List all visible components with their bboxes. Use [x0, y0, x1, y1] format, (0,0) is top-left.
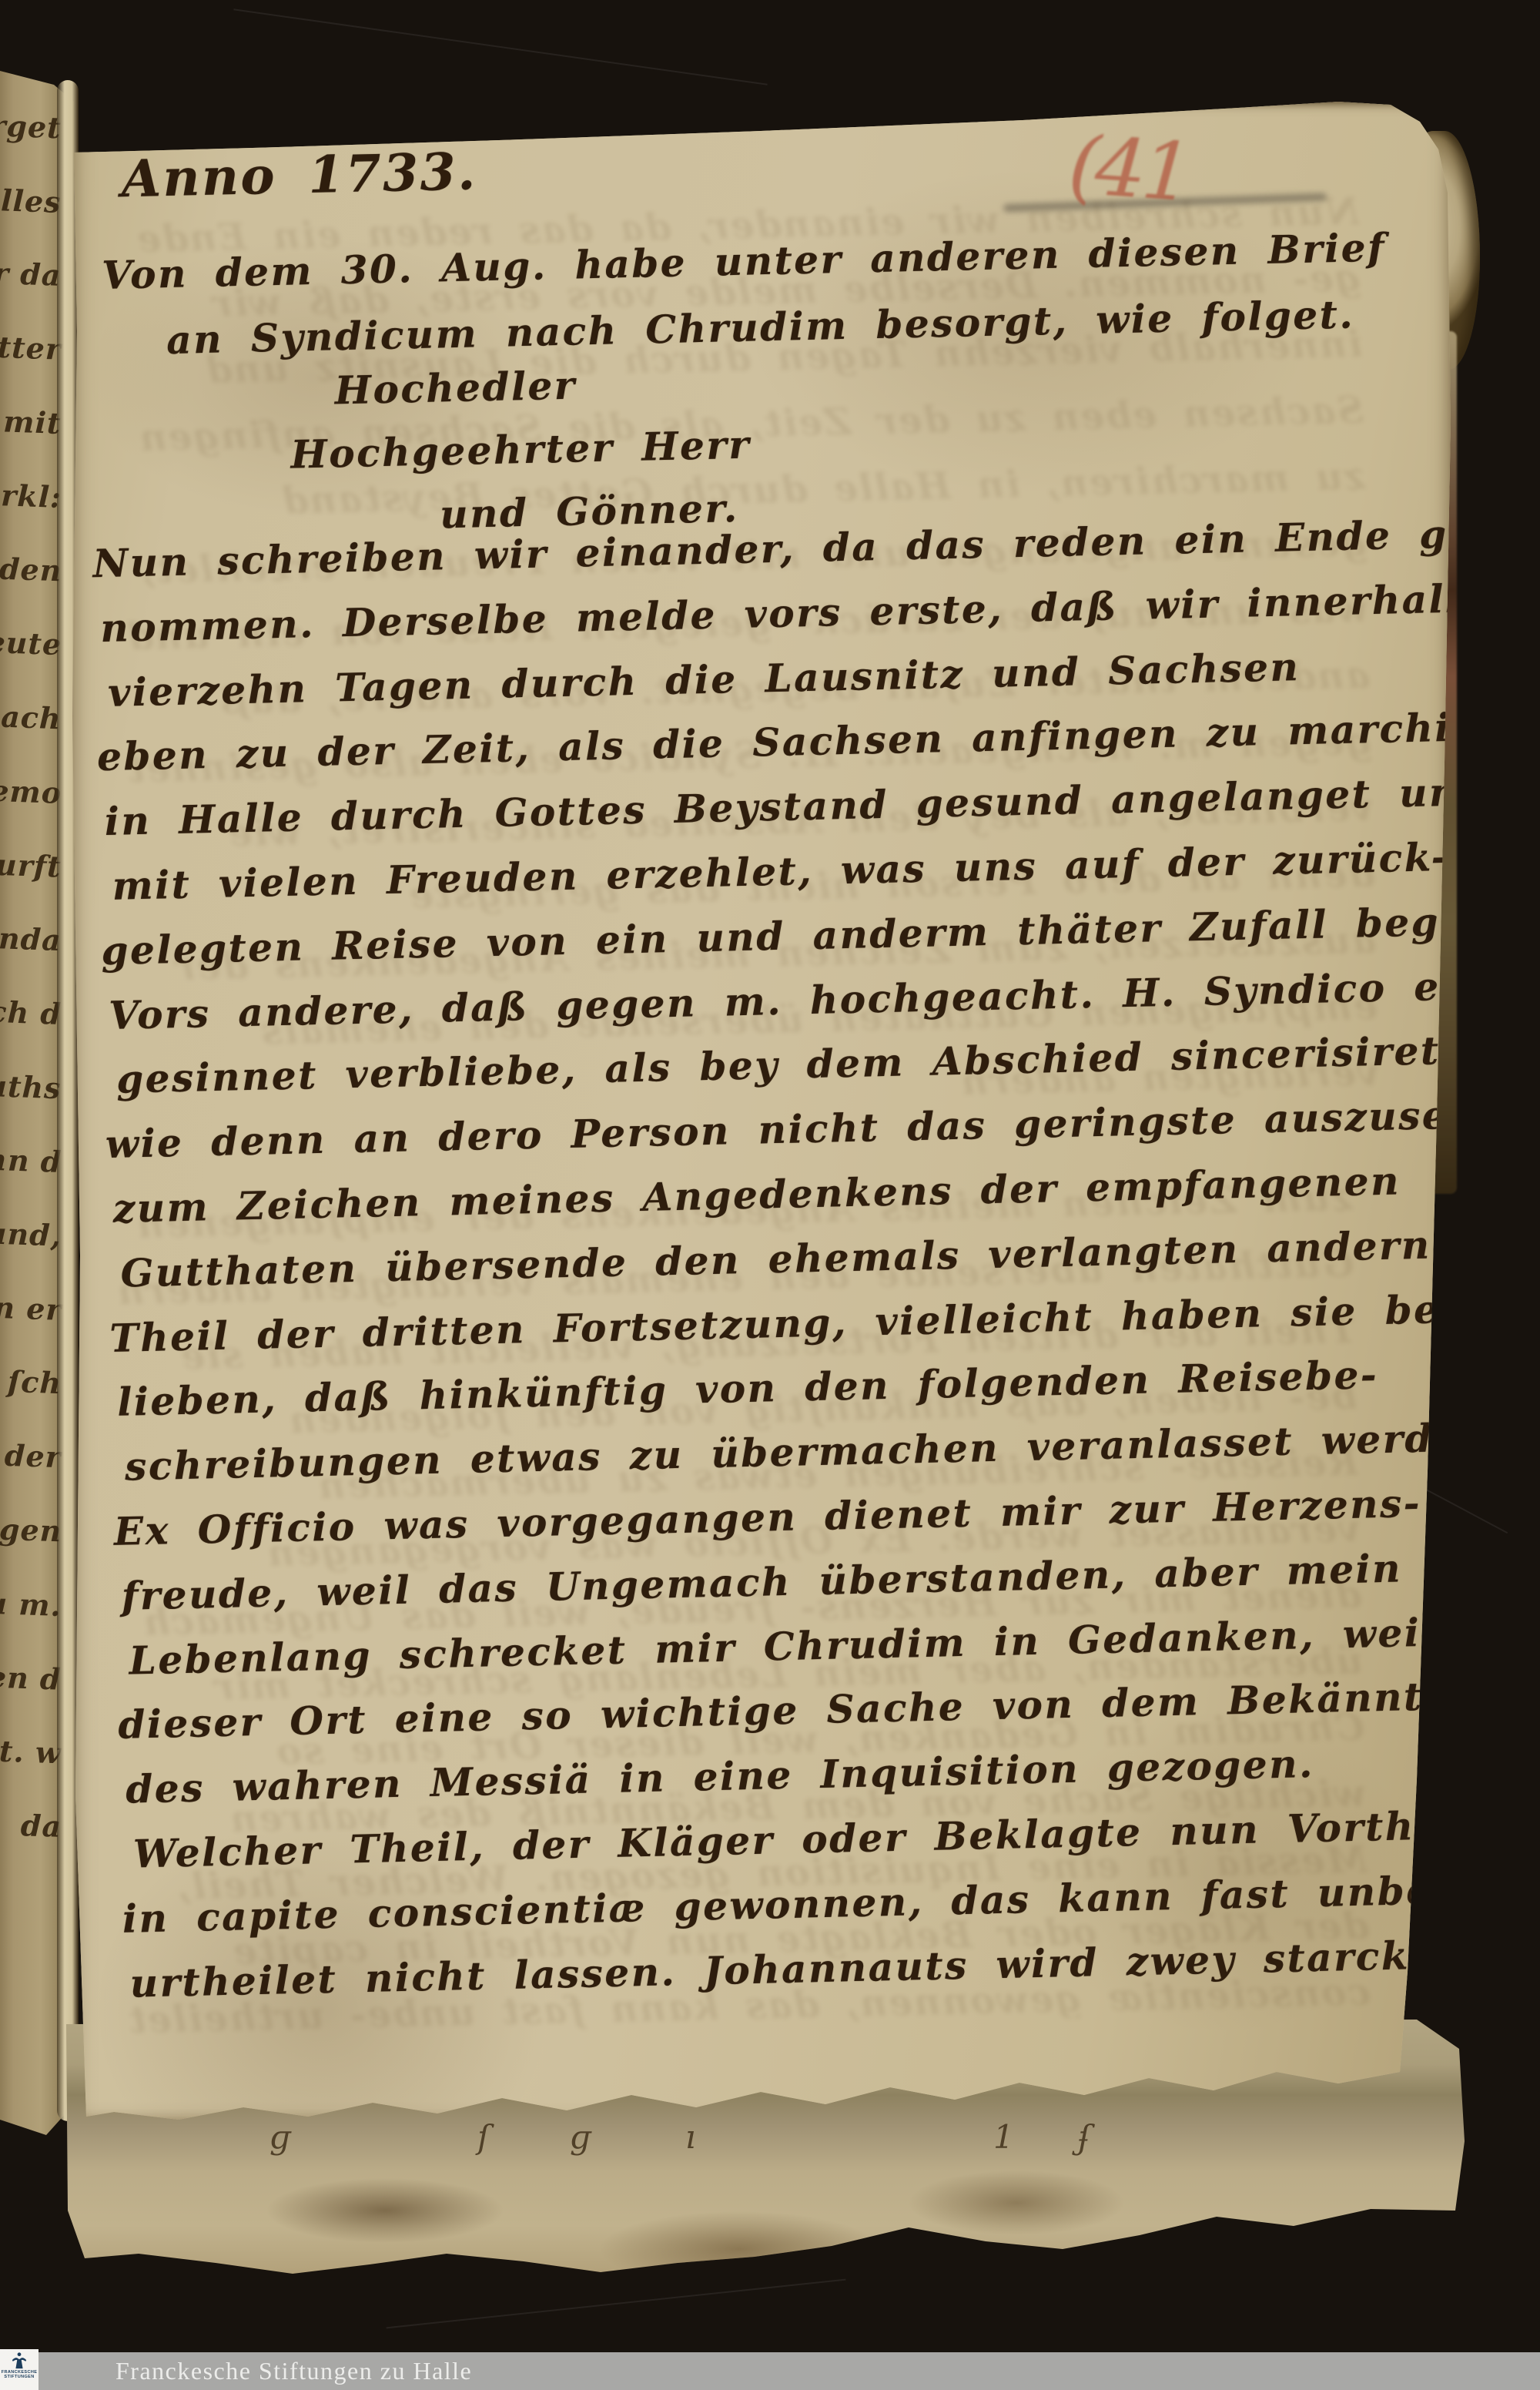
facing-page-text-fragment: in er	[0, 1289, 62, 1327]
facing-page-text-fragment: nicht alles	[0, 179, 62, 220]
facing-page-text-fragment: da	[20, 1808, 62, 1844]
page-gutter-edge	[57, 80, 79, 2121]
facing-page-text-fragment: Leute	[0, 624, 62, 662]
body-line: vierzehn Tagen durch die Lausnitz und Sa…	[108, 644, 1301, 716]
facing-page-text-fragment: landa	[0, 920, 62, 957]
body-line: dieser Ort eine so wichtige Sache von de…	[118, 1672, 1501, 1748]
facing-page-text-fragment: en d	[0, 1659, 62, 1696]
facing-page-text-fragment: gesorget	[0, 106, 62, 146]
facing-page-text-fragment: l nach	[0, 698, 62, 736]
background-scratch	[387, 2279, 846, 2329]
facing-page-text-fragment: oder da	[0, 253, 62, 293]
facing-page-text-fragment: Ceremo	[0, 771, 62, 810]
body-line: Welcher Theil, der Kläger oder Beklagte …	[132, 1802, 1475, 1876]
body-line: Gutthaten übersende den ehemals verlangt…	[120, 1222, 1431, 1296]
body-line: mit vielen Freuden erzehlet, was uns auf…	[112, 834, 1449, 909]
facing-page-text-fragment: Guths	[0, 1068, 62, 1106]
body-line: Lebenlang schrecket mir Chrudim in Gedan…	[129, 1609, 1438, 1683]
manuscript-page: Nun schreiben wir einander, da das reden…	[68, 100, 1455, 2126]
facing-page-text-fragment: und,	[0, 1215, 62, 1252]
body-line: lieben, daß hinkünftig von den folgenden…	[117, 1352, 1379, 1425]
facing-page-text-fragment: zu m.	[0, 1585, 62, 1623]
orant-figure-icon	[11, 2351, 28, 2370]
body-line: Theil der dritten Fortsetzung, vielleich…	[109, 1286, 1458, 1360]
handwriting-layer: Anno 1733. Von dem 30. Aug. habe unter a…	[62, 71, 1494, 2127]
body-line: wie denn an dero Person nicht das gering…	[105, 1090, 1540, 1167]
body-line: eben zu der Zeit, als die Sachsen anfing…	[96, 703, 1540, 780]
body-line: zum Zeichen meines Angedenkens der empfa…	[112, 1158, 1401, 1231]
body-line: freude, weil das Ungemach überstanden, a…	[121, 1545, 1402, 1618]
facing-page-text-fragment: ihn d	[0, 1141, 62, 1179]
year-heading: Anno 1733.	[121, 141, 477, 209]
facing-page-text-fragment: t. w	[0, 1734, 62, 1771]
body-line: nommen. Derselbe melde vors erste, daß w…	[100, 575, 1475, 651]
bleedthrough-ink-mark: ſ	[477, 2118, 490, 2156]
salutation-line: Hochgeehrter Herr	[290, 422, 752, 478]
bleedthrough-ink-mark: 1	[993, 2118, 1014, 2156]
body-line: des wahren Messiä in eine Inquisition ge…	[126, 1741, 1315, 1812]
footer-caption: Franckesche Stiftungen zu Halle	[115, 2357, 472, 2385]
body-line: in capite conscientiæ gewonnen, das kann…	[122, 1867, 1451, 1942]
bleedthrough-ink-mark: ɡ	[570, 2118, 591, 2156]
facing-page-text-fragment: erwirkl:	[0, 475, 62, 515]
intro-line: an Syndicum nach Chrudim besorgt, wie fo…	[166, 291, 1355, 363]
institution-logo: FRANCKESCHE STIFTUNGEN	[0, 2349, 38, 2390]
body-line: gelegten Reise von ein und anderm thäter…	[101, 896, 1540, 974]
facing-page-text-fragment: ich d	[0, 994, 62, 1031]
body-line: Nun schreiben wir einander, da das reden…	[92, 511, 1493, 587]
facing-page-text-fragment: der	[4, 1438, 62, 1475]
body-line: schreibungen etwas zu übermachen veranla…	[125, 1415, 1476, 1490]
bleedthrough-ink-mark: ʄ	[1078, 2118, 1090, 2156]
facing-page-text-fragment: ſch	[7, 1364, 62, 1400]
body-line: urtheilet nicht lassen. Johannauts wird …	[129, 1932, 1437, 2006]
background-scratch	[233, 8, 767, 85]
bleedthrough-ink-mark: ɡ	[269, 2118, 290, 2156]
logo-text-line2: STIFTUNGEN	[4, 2375, 34, 2379]
bleedthrough-ink-mark: ı	[685, 2118, 695, 2156]
facing-page-text-fragment: u. den	[0, 550, 62, 588]
body-line: gesinnet verbliebe, als bey dem Abschied…	[116, 1027, 1456, 1102]
body-line: Vors andere, daß gegen m. hochgeacht. H.…	[109, 959, 1540, 1038]
salutation-line: Hochedler	[334, 362, 577, 413]
body-line: in Halle durch Gottes Beystand gesund an…	[104, 769, 1488, 844]
body-line: Ex Officio was vorgegangen dienet mir zu…	[113, 1480, 1421, 1554]
facing-page-text-fragment: Mutter	[0, 327, 62, 366]
facing-page-text-fragment: 7 durft	[0, 845, 62, 883]
intro-line: Von dem 30. Aug. habe unter anderen dies…	[102, 225, 1387, 298]
facing-page-text-fragment: gen	[0, 1512, 62, 1549]
facing-page-text-fragment: ken mit	[0, 401, 62, 441]
